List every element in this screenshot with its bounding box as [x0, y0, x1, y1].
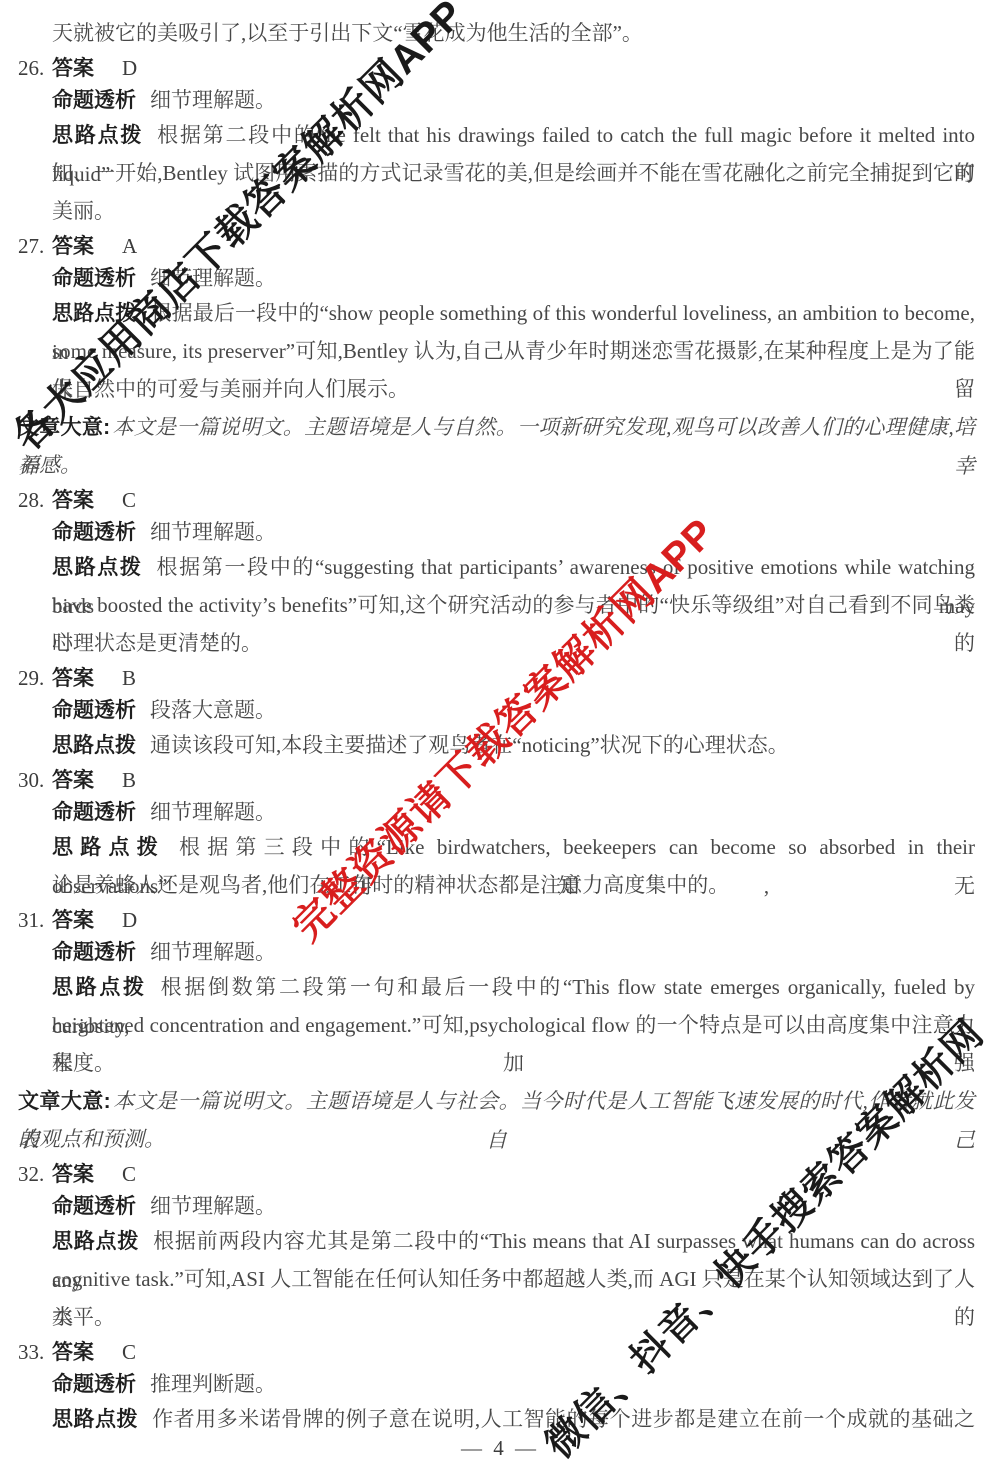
item-number: 31.: [18, 904, 52, 936]
tip-label: 思路点拨: [52, 1230, 139, 1253]
tip-line: cognitive task.”可知,ASI 人工智能在任何认知任务中都超越人类…: [52, 1267, 975, 1329]
item-number: 26.: [18, 52, 52, 84]
tip-line-26-2: 知、一开始,Bentley 试图用素描的方式记录雪花的美,但是绘画并不能在雪花融…: [18, 154, 975, 192]
tip-row-31: 思路点拨根据倒数第二段第一句和最后一段中的“This flow state em…: [18, 968, 975, 1006]
analysis-text: 细节理解题。: [150, 88, 276, 112]
answer-letter: C: [122, 488, 136, 512]
tip-label: 思路点拨: [52, 124, 143, 147]
item-number: 30.: [18, 764, 52, 796]
answer-row-31: 31.答案D: [18, 904, 975, 936]
tip-row-28: 思路点拨根据第一段中的“suggesting that participants…: [18, 548, 975, 586]
tip-line: 知、一开始,Bentley 试图用素描的方式记录雪花的美,但是绘画并不能在雪花融…: [52, 161, 975, 185]
answer-letter: C: [122, 1340, 136, 1364]
summary-row-2: 文章大意:本文是一篇说明文。主题语境是人与社会。当今时代是人工智能飞速发展的时代…: [18, 1082, 975, 1120]
analysis-text: 细节理解题。: [150, 940, 276, 964]
item-number: 29.: [18, 662, 52, 694]
tip-line-27-2: some measure, its preserver”可知,Bentley 认…: [18, 332, 975, 370]
answer-label: 答案: [52, 769, 94, 792]
answer-row-29: 29.答案B: [18, 662, 975, 694]
answer-row-27: 27.答案A: [18, 230, 975, 262]
tip-line: 水平。: [52, 1305, 115, 1329]
answer-label: 答案: [52, 489, 94, 512]
analysis-label: 命题透析: [52, 699, 136, 722]
answer-row-33: 33.答案C: [18, 1336, 975, 1368]
tip-label: 思路点拨: [52, 556, 143, 579]
answer-row-28: 28.答案C: [18, 484, 975, 516]
analysis-label: 命题透析: [52, 941, 136, 964]
answer-letter: C: [122, 1162, 136, 1186]
item-number: 28.: [18, 484, 52, 516]
tip-label: 思路点拨: [52, 836, 165, 859]
paragraph-text: 天就被它的美吸引了,以至于引出下文“雪花成为他生活的全部”。: [52, 21, 643, 45]
summary-row-1: 文章大意:本文是一篇说明文。主题语境是人与自然。一项新研究发现,观鸟可以改善人们…: [18, 408, 975, 446]
analysis-row-26: 命题透析细节理解题。: [18, 84, 975, 116]
page-number: — 4 —: [0, 1436, 1000, 1461]
answer-letter: B: [122, 768, 136, 792]
answer-label: 答案: [52, 667, 94, 690]
intro-line: 天就被它的美吸引了,以至于引出下文“雪花成为他生活的全部”。: [18, 14, 975, 52]
tip-row-30: 思路点拨根据第三段中的“Like birdwatchers, beekeeper…: [18, 828, 975, 866]
analysis-label: 命题透析: [52, 89, 136, 112]
tip-line-31-2: heightened concentration and engagement.…: [18, 1006, 975, 1044]
answer-row-26: 26.答案D: [18, 52, 975, 84]
analysis-text: 推理判断题。: [150, 1372, 276, 1396]
analysis-text: 段落大意题。: [150, 698, 276, 722]
summary-label: 文章大意:: [18, 1090, 111, 1113]
tip-label: 思路点拨: [52, 976, 147, 999]
analysis-row-30: 命题透析细节理解题。: [18, 796, 975, 828]
tip-line-26-3: 美丽。: [18, 192, 975, 230]
answer-label: 答案: [52, 1163, 94, 1186]
analysis-row-28: 命题透析细节理解题。: [18, 516, 975, 548]
answer-label: 答案: [52, 235, 94, 258]
tip-label: 思路点拨: [52, 1408, 138, 1431]
analysis-row-31: 命题透析细节理解题。: [18, 936, 975, 968]
tip-line: 心理状态是更清楚的。: [52, 631, 262, 655]
answer-label: 答案: [52, 57, 94, 80]
analysis-text: 细节理解题。: [150, 520, 276, 544]
summary-line: 的观点和预测。: [18, 1127, 165, 1151]
summary-line: 福感。: [18, 453, 81, 477]
answer-key-page: 天就被它的美吸引了,以至于引出下文“雪花成为他生活的全部”。 26.答案D 命题…: [0, 0, 1000, 1480]
tip-line: 美丽。: [52, 199, 115, 223]
tip-line: 程度。: [52, 1051, 115, 1075]
tip-row-32: 思路点拨根据前两段内容尤其是第二段中的“This means that AI s…: [18, 1222, 975, 1260]
answer-label: 答案: [52, 1341, 94, 1364]
tip-row-26: 思路点拨根据第二段中的“he felt that his drawings fa…: [18, 116, 975, 154]
summary-line: 本文是一篇说明文。主题语境是人与自然。一项新研究发现,观鸟可以改善人们的心理健康…: [18, 415, 975, 478]
tip-line-28-2: have boosted the activity’s benefits”可知,…: [18, 586, 975, 624]
answer-letter: D: [122, 908, 137, 932]
answer-letter: B: [122, 666, 136, 690]
tip-line-32-2: cognitive task.”可知,ASI 人工智能在任何认知任务中都超越人类…: [18, 1260, 975, 1298]
tip-row-33: 思路点拨作者用多米诺骨牌的例子意在说明,人工智能的每个进步都是建立在前一个成就的…: [18, 1400, 975, 1438]
answer-letter: A: [122, 234, 137, 258]
item-number: 32.: [18, 1158, 52, 1190]
analysis-row-33: 命题透析推理判断题。: [18, 1368, 975, 1400]
tip-line: heightened concentration and engagement.…: [52, 1013, 975, 1075]
answer-letter: D: [122, 56, 137, 80]
item-number: 33.: [18, 1336, 52, 1368]
item-number: 27.: [18, 230, 52, 262]
analysis-label: 命题透析: [52, 267, 136, 290]
analysis-text: 细节理解题。: [150, 1194, 276, 1218]
analysis-text: 细节理解题。: [150, 800, 276, 824]
analysis-label: 命题透析: [52, 1373, 136, 1396]
analysis-label: 命题透析: [52, 1195, 136, 1218]
tip-label: 思路点拨: [52, 734, 136, 757]
answer-label: 答案: [52, 909, 94, 932]
analysis-label: 命题透析: [52, 801, 136, 824]
analysis-label: 命题透析: [52, 521, 136, 544]
